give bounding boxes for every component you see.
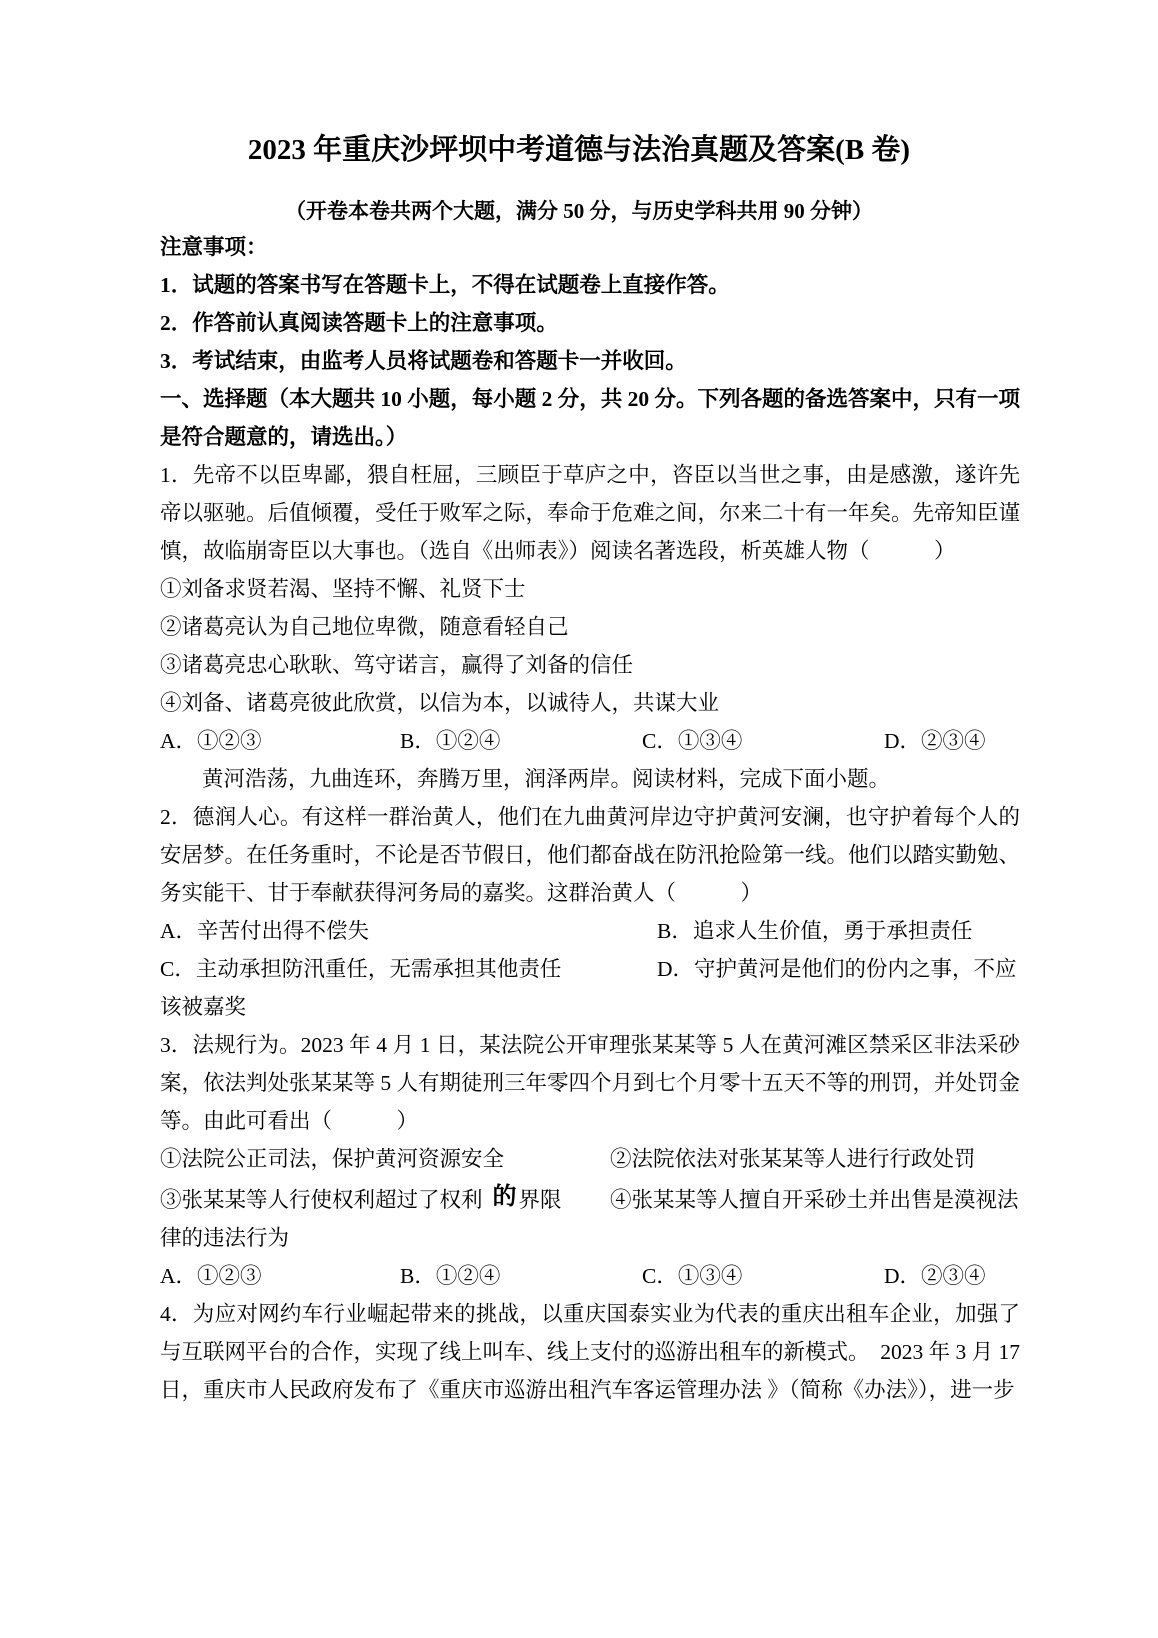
question-3-items-34: ③张某某等人行使权利超过了权利的界限④张某某等人擅自开采砂土并出售是漠视法律的违… — [160, 1178, 1020, 1257]
question-2-option-a: A．辛苦付出得不偿失 — [160, 912, 657, 950]
question-2-option-c: C．主动承担防汛重任，无需承担其他责任 — [160, 950, 657, 988]
question-1-option-a: A．①②③ — [160, 722, 400, 760]
question-3-option-b: B．①②④ — [400, 1257, 642, 1295]
question-1-option-c: C．①③④ — [642, 722, 884, 760]
question-1-option-d: D．②③④ — [884, 722, 1020, 760]
question-1-item-1: ①刘备求贤若渴、坚持不懈、礼贤下士 — [160, 570, 1020, 608]
question-1-option-b: B．①②④ — [400, 722, 642, 760]
exam-body: 注意事项： 1．试题的答案书写在答题卡上，不得在试题卷上直接作答。 2．作答前认… — [160, 228, 1020, 1409]
question-4-text: 4．为应对网约车行业崛起带来的挑战，以重庆国泰实业为代表的重庆出租车企业，加强了… — [160, 1295, 1020, 1409]
question-1-item-3: ③诸葛亮忠心耿耿、笃守诺言，赢得了刘备的信任 — [160, 646, 1020, 684]
material-text: 黄河浩荡，九曲连环，奔腾万里，润泽两岸。阅读材料，完成下面小题。 — [160, 760, 1020, 798]
question-1-item-4: ④刘备、诸葛亮彼此欣赏，以信为本，以诚待人，共谋大业 — [160, 684, 1020, 722]
question-2-options-ab: A．辛苦付出得不偿失B．追求人生价值，勇于承担责任 — [160, 912, 1020, 950]
question-1-item-2: ②诸葛亮认为自己地位卑微，随意看轻自己 — [160, 608, 1020, 646]
notice-heading: 注意事项： — [160, 228, 1020, 266]
question-3-item-2: ②法院依法对张某某等人进行行政处罚 — [610, 1147, 976, 1171]
question-1-options: A．①②③ B．①②④ C．①③④ D．②③④ — [160, 722, 1020, 760]
question-3-item-3-emphasis: 的 — [493, 1184, 517, 1210]
question-3-text: 3．法规行为。2023 年 4 月 1 日，某法院公开审理张某某等 5 人在黄河… — [160, 1026, 1020, 1140]
question-3-item-3: ③张某某等人行使权利超过了权利的界限 — [160, 1178, 610, 1219]
question-3-option-c: C．①③④ — [642, 1257, 884, 1295]
exam-subtitle: （开卷本卷共两个大题，满分 50 分，与历史学科共用 90 分钟） — [0, 196, 1158, 226]
question-2-option-b: B．追求人生价值，勇于承担责任 — [657, 919, 972, 943]
notice-item-2: 2．作答前认真阅读答题卡上的注意事项。 — [160, 304, 1020, 342]
question-3-item-1: ①法院公正司法，保护黄河资源安全 — [160, 1140, 610, 1178]
question-3-options: A．①②③ B．①②④ C．①③④ D．②③④ — [160, 1257, 1020, 1295]
question-2-text: 2．德润人心。有这样一群治黄人，他们在九曲黄河岸边守护黄河安澜，也守护着每个人的… — [160, 798, 1020, 912]
question-3-option-a: A．①②③ — [160, 1257, 400, 1295]
exam-document: 2023 年重庆沙坪坝中考道德与法治真题及答案(B 卷) （开卷本卷共两个大题，… — [0, 0, 1158, 1638]
exam-title: 2023 年重庆沙坪坝中考道德与法治真题及答案(B 卷) — [0, 130, 1158, 170]
question-1-text: 1．先帝不以臣卑鄙，猥自枉屈，三顾臣于草庐之中，咨臣以当世之事，由是感激，遂许先… — [160, 456, 1020, 570]
question-3-items-12: ①法院公正司法，保护黄河资源安全②法院依法对张某某等人进行行政处罚 — [160, 1140, 1020, 1178]
notice-item-1: 1．试题的答案书写在答题卡上，不得在试题卷上直接作答。 — [160, 266, 1020, 304]
question-2-options-cd: C．主动承担防汛重任，无需承担其他责任D．守护黄河是他们的份内之事，不应该被嘉奖 — [160, 950, 1020, 1026]
notice-item-3: 3．考试结束，由监考人员将试题卷和答题卡一并收回。 — [160, 342, 1020, 380]
question-3-item-3-suffix: 界限 — [519, 1188, 562, 1212]
question-3-option-d: D．②③④ — [884, 1257, 1020, 1295]
question-3-item-3-prefix: ③张某某等人行使权利超过了权利 — [160, 1188, 483, 1212]
section-heading: 一、选择题（本大题共 10 小题，每小题 2 分，共 20 分。下列各题的备选答… — [160, 380, 1020, 456]
exam-header: 2023 年重庆沙坪坝中考道德与法治真题及答案(B 卷) （开卷本卷共两个大题，… — [0, 0, 1158, 226]
